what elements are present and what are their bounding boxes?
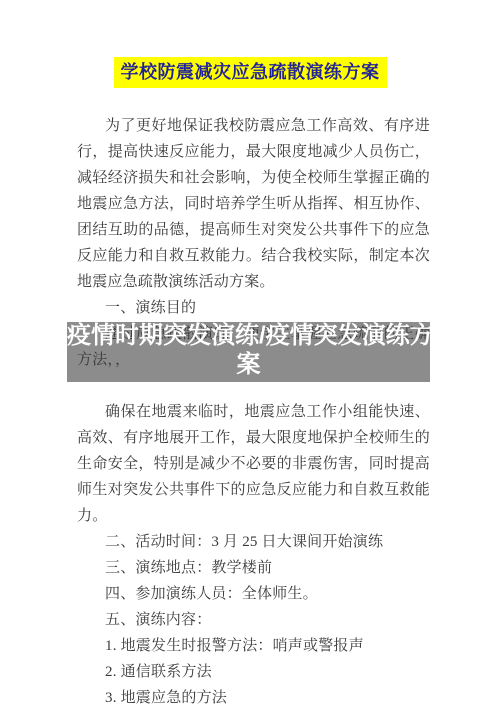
overlay-banner-line-2: 案 bbox=[67, 350, 430, 379]
overlay-banner-line-1: 疫情时期突发演练/疫情突发演练方 bbox=[67, 321, 430, 350]
heading-location: 三、演练地点：教学楼前 bbox=[77, 555, 430, 581]
overlay-banner: 疫情时期突发演练/疫情突发演练方 案 bbox=[67, 321, 430, 379]
list-item-1: 1. 地震发生时报警方法：哨声或警报声 bbox=[77, 633, 430, 659]
paragraph-intro: 为了更好地保证我校防震应急工作高效、有序进行，提高快速反应能力，最大限度地减少人… bbox=[77, 113, 430, 295]
document-title: 学校防震减灾应急疏散演练方案 bbox=[114, 57, 387, 88]
document-body: 为了更好地保证我校防震应急工作高效、有序进行，提高快速反应能力，最大限度地减少人… bbox=[77, 113, 430, 706]
list-item-2: 2. 通信联系方法 bbox=[77, 659, 430, 685]
title-row: 学校防震减灾应急疏散演练方案 bbox=[0, 57, 500, 88]
paragraph-purpose-2: 确保在地震来临时，地震应急工作小组能快速、高效、有序地展开工作，最大限度地保护全… bbox=[77, 399, 430, 529]
heading-purpose: 一、演练目的 bbox=[77, 295, 430, 321]
document-page: 学校防震减灾应急疏散演练方案 为了更好地保证我校防震应急工作高效、有序进行，提高… bbox=[0, 0, 500, 706]
heading-content: 五、演练内容： bbox=[77, 607, 430, 633]
heading-time: 二、活动时间：3 月 25 日大课间开始演练 bbox=[77, 529, 430, 555]
heading-participants: 四、参加演练人员：全体师生。 bbox=[77, 581, 430, 607]
list-item-3: 3. 地震应急的方法 bbox=[77, 685, 430, 706]
